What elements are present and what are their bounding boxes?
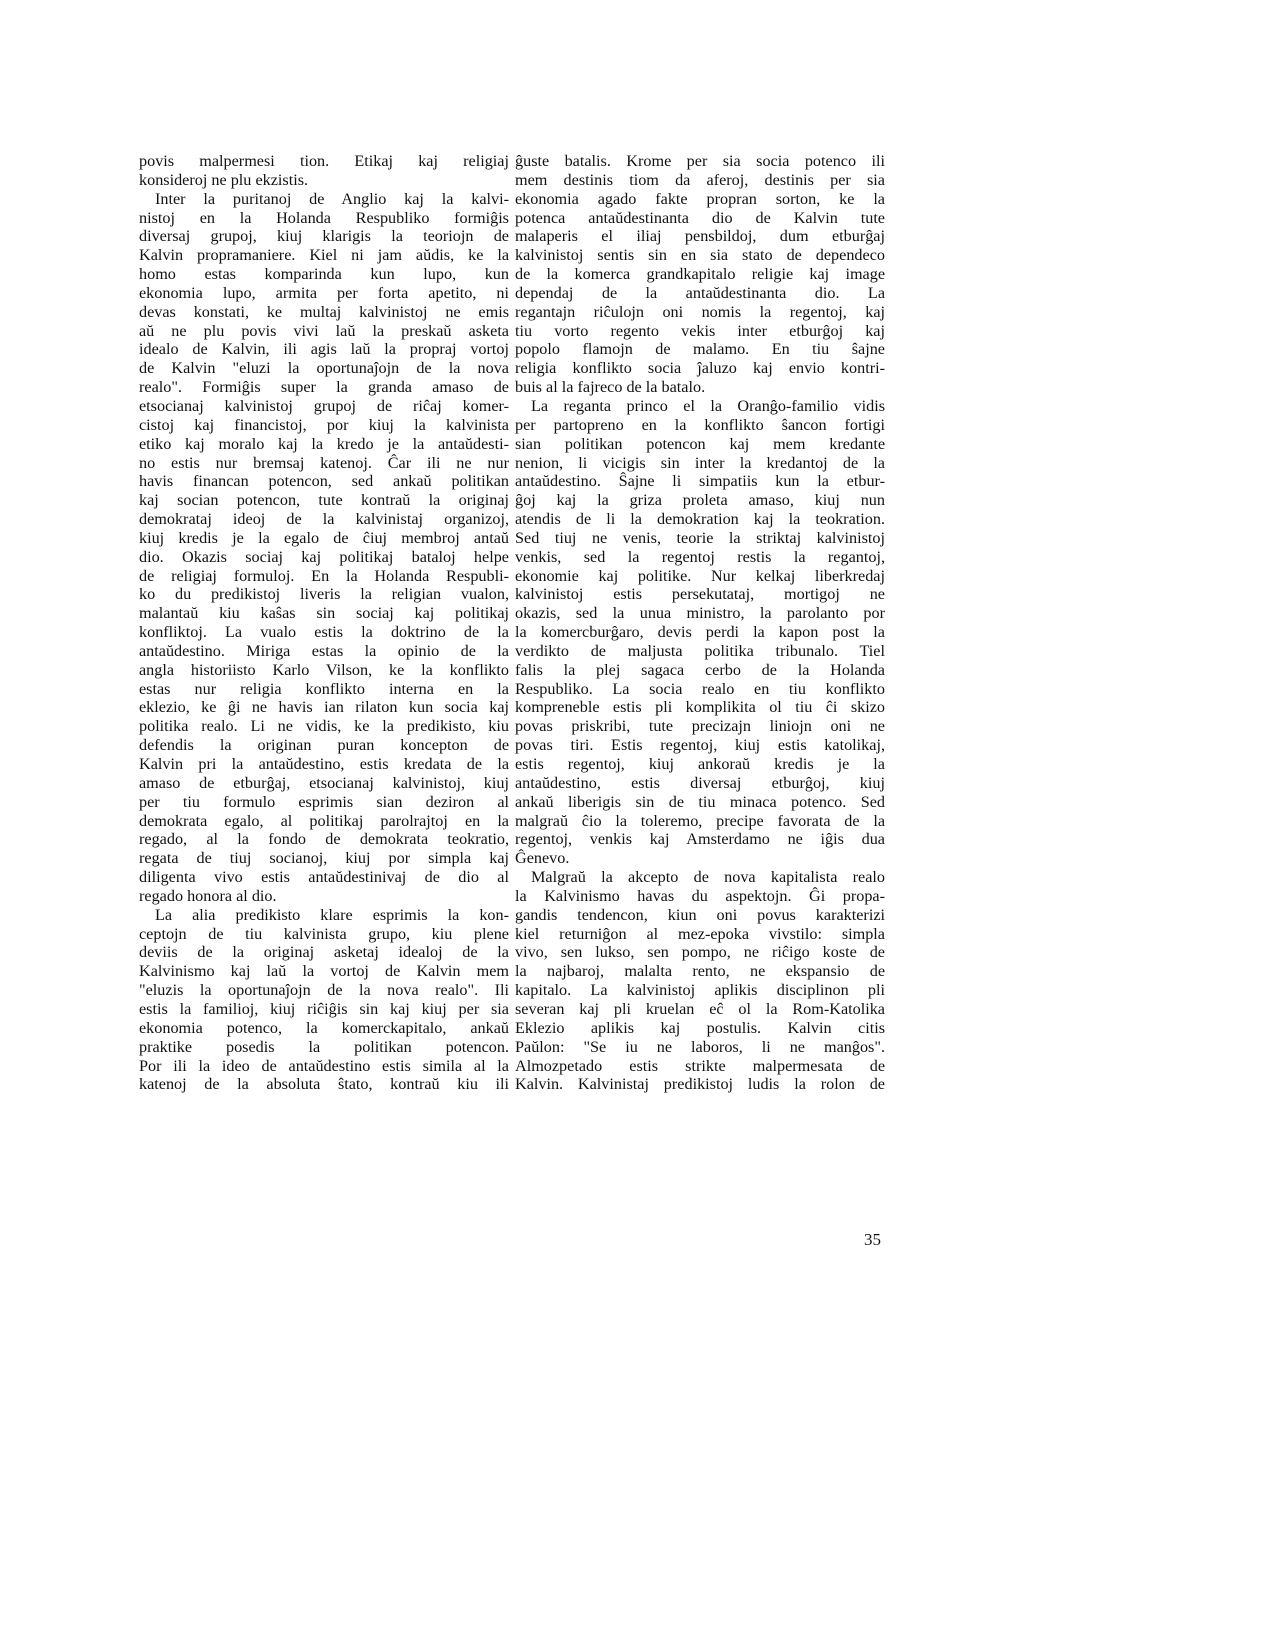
text-line: "eluzis la oportunaĵojn de la nova realo… xyxy=(139,981,509,1000)
text-line: La alia predikisto klare esprimis la kon… xyxy=(139,906,509,925)
text-line: realo". Formiĝis super la granda amaso d… xyxy=(139,378,509,397)
text-line: regentoj, venkis kaj Amsterdamo ne iĝis … xyxy=(515,830,885,849)
text-line: diligenta vivo estis antaŭdestinivaj de … xyxy=(139,868,509,887)
text-line: kalvinistoj estis persekutataj, mortigoj… xyxy=(515,585,885,604)
text-line: aŭ ne plu povis vivi laŭ la preskaŭ aske… xyxy=(139,322,509,341)
text-line: sian politikan potencon kaj mem kredante xyxy=(515,435,885,454)
text-line: deviis de la originaj asketaj idealoj de… xyxy=(139,943,509,962)
text-line: estis la familioj, kiuj riĉiĝis sin kaj … xyxy=(139,1000,509,1019)
text-line: ankaŭ liberigis sin de tiu minaca potenc… xyxy=(515,793,885,812)
text-line: Kalvin pri la antaŭdestino, estis kredat… xyxy=(139,755,509,774)
text-line: malaperis el iliaj pensbildoj, dum etbur… xyxy=(515,227,885,246)
text-line: konsideroj ne plu ekzistis. xyxy=(139,171,509,190)
text-line: potenca antaŭdestinanta dio de Kalvin tu… xyxy=(515,209,885,228)
text-line: kompreneble estis pli komplikita ol tiu … xyxy=(515,698,885,717)
text-line: tiu vorto regento vekis inter etburĝoj k… xyxy=(515,322,885,341)
text-line: Respubliko. La socia realo en tiu konfli… xyxy=(515,680,885,699)
text-line: malgraŭ ĉio la toleremo, precipe favorat… xyxy=(515,812,885,831)
text-line: La reganta princo el la Oranĝo-familio v… xyxy=(515,397,885,416)
text-line: kaj socian potencon, tute kontraŭ la ori… xyxy=(139,491,509,510)
text-line: Eklezio aplikis kaj postulis. Kalvin cit… xyxy=(515,1019,885,1038)
text-line: no estis nur bremsaj katenoj. Ĉar ili ne… xyxy=(139,454,509,473)
text-line: ko du predikistoj liveris la religian vu… xyxy=(139,585,509,604)
text-line: Almozpetado estis strikte malpermesata d… xyxy=(515,1057,885,1076)
text-line: antaŭdestino, estis diversaj etburĝoj, k… xyxy=(515,774,885,793)
text-line: verdikto de maljusta politika tribunalo.… xyxy=(515,642,885,661)
text-line: povis malpermesi tion. Etikaj kaj religi… xyxy=(139,152,509,171)
text-line: diversaj grupoj, kiuj klarigis la teorio… xyxy=(139,227,509,246)
text-line: dependaj de la antaŭdestinanta dio. La xyxy=(515,284,885,303)
text-line: malantaŭ kiu kaŝas sin sociaj kaj politi… xyxy=(139,604,509,623)
text-line: defendis la originan puran koncepton de xyxy=(139,736,509,755)
text-line: per partopreno en la konflikto ŝancon fo… xyxy=(515,416,885,435)
text-line: ekonomia potenco, la komerckapitalo, ank… xyxy=(139,1019,509,1038)
text-line: venkis, sed la regentoj restis la regant… xyxy=(515,548,885,567)
text-line: ĝoj kaj la griza proleta amaso, kiuj nun xyxy=(515,491,885,510)
text-line: Sed tiuj ne venis, teorie la striktaj ka… xyxy=(515,529,885,548)
text-column-left: povis malpermesi tion. Etikaj kaj religi… xyxy=(139,152,509,1094)
text-line: demokrata egalo, al politikaj parolrajto… xyxy=(139,812,509,831)
text-line: kalvinistoj sentis sin en sia stato de d… xyxy=(515,246,885,265)
document-page: povis malpermesi tion. Etikaj kaj religi… xyxy=(0,0,1275,1650)
text-line: kapitalo. La kalvinistoj aplikis discipl… xyxy=(515,981,885,1000)
text-line: per tiu formulo esprimis sian deziron al xyxy=(139,793,509,812)
text-line: buis al la fajreco de la batalo. xyxy=(515,378,885,397)
text-line: religia konflikto socia ĵaluzo kaj envio… xyxy=(515,359,885,378)
text-line: la Kalvinismo havas du aspektojn. Ĝi pro… xyxy=(515,887,885,906)
text-column-right: ĝuste batalis. Krome per sia socia poten… xyxy=(515,152,885,1094)
text-line: antaŭdestino. Ŝajne li simpatiis kun la … xyxy=(515,472,885,491)
text-line: angla historiisto Karlo Vilson, ke la ko… xyxy=(139,661,509,680)
text-line: regado honora al dio. xyxy=(139,887,509,906)
text-line: Inter la puritanoj de Anglio kaj la kalv… xyxy=(139,190,509,209)
text-line: Kalvin. Kalvinistaj predikistoj ludis la… xyxy=(515,1075,885,1094)
text-line: havis financan potencon, sed ankaŭ polit… xyxy=(139,472,509,491)
text-line: vivo, sen lukso, sen pompo, ne riĉigo ko… xyxy=(515,943,885,962)
text-line: regado, al la fondo de demokrata teokrat… xyxy=(139,830,509,849)
text-line: Malgraŭ la akcepto de nova kapitalista r… xyxy=(515,868,885,887)
text-line: Por ili la ideo de antaŭdestino estis si… xyxy=(139,1057,509,1076)
text-line: Ĝenevo. xyxy=(515,849,885,868)
text-line: ekonomia agado fakte propran sorton, ke … xyxy=(515,190,885,209)
text-line: kiel returniĝon al mez-epoka vivstilo: s… xyxy=(515,925,885,944)
text-line: konfliktoj. La vualo estis la doktrino d… xyxy=(139,623,509,642)
text-line: severan kaj pli kruelan eĉ ol la Rom-Kat… xyxy=(515,1000,885,1019)
text-line: regantajn riĉulojn oni nomis la regentoj… xyxy=(515,303,885,322)
text-line: katenoj de la absoluta ŝtato, kontraŭ ki… xyxy=(139,1075,509,1094)
text-line: ekonomie kaj politike. Nur kelkaj liberk… xyxy=(515,567,885,586)
text-line: nistoj en la Holanda Respubliko formiĝis xyxy=(139,209,509,228)
text-line: idealo de Kalvin, ili agis laŭ la propra… xyxy=(139,340,509,359)
text-line: cistoj kaj financistoj, por kiuj la kalv… xyxy=(139,416,509,435)
text-line: dio. Okazis sociaj kaj politikaj bataloj… xyxy=(139,548,509,567)
text-line: la najbaroj, malalta rento, ne ekspansio… xyxy=(515,962,885,981)
text-line: amaso de etburĝaj, etsocianaj kalvinisto… xyxy=(139,774,509,793)
page-number: 35 xyxy=(864,1230,881,1250)
text-line: de Kalvin "eluzi la oportunaĵojn de la n… xyxy=(139,359,509,378)
text-line: nenion, li vicigis sin inter la kredanto… xyxy=(515,454,885,473)
text-line: povas priskribi, tute precizajn liniojn … xyxy=(515,717,885,736)
text-line: atendis de li la demokration kaj la teok… xyxy=(515,510,885,529)
text-line: okazis, sed la unua ministro, la parolan… xyxy=(515,604,885,623)
text-line: regata de tiuj socianoj, kiuj por simpla… xyxy=(139,849,509,868)
text-line: demokrataj ideoj de la kalvinistaj organ… xyxy=(139,510,509,529)
text-line: kiuj kredis je la egalo de ĉiuj membroj … xyxy=(139,529,509,548)
text-line: ceptojn de tiu kalvinista grupo, kiu ple… xyxy=(139,925,509,944)
text-line: ĝuste batalis. Krome per sia socia poten… xyxy=(515,152,885,171)
text-line: Kalvinismo kaj laŭ la vortoj de Kalvin m… xyxy=(139,962,509,981)
text-line: estis regentoj, kiuj ankoraŭ kredis je l… xyxy=(515,755,885,774)
text-line: homo estas komparinda kun lupo, kun xyxy=(139,265,509,284)
text-line: estas nur religia konflikto interna en l… xyxy=(139,680,509,699)
text-line: falis la plej sagaca cerbo de la Holanda xyxy=(515,661,885,680)
text-line: de la komerca grandkapitalo religie kaj … xyxy=(515,265,885,284)
text-line: etsocianaj kalvinistoj grupoj de riĉaj k… xyxy=(139,397,509,416)
text-line: eklezio, ke ĝi ne havis ian rilaton kun … xyxy=(139,698,509,717)
text-line: etiko kaj moralo kaj la kredo je la anta… xyxy=(139,435,509,454)
text-line: antaŭdestino. Miriga estas la opinio de … xyxy=(139,642,509,661)
text-line: popolo flamojn de malamo. En tiu ŝajne xyxy=(515,340,885,359)
text-line: ekonomia lupo, armita per forta apetito,… xyxy=(139,284,509,303)
text-line: povas tiri. Estis regentoj, kiuj estis k… xyxy=(515,736,885,755)
text-line: politika realo. Li ne vidis, ke la predi… xyxy=(139,717,509,736)
text-line: Kalvin propramaniere. Kiel ni jam aŭdis,… xyxy=(139,246,509,265)
text-line: devas konstati, ke multaj kalvinistoj ne… xyxy=(139,303,509,322)
text-line: mem destinis tiom da aferoj, destinis pe… xyxy=(515,171,885,190)
text-line: de religiaj formuloj. En la Holanda Resp… xyxy=(139,567,509,586)
text-line: gandis tendencon, kiun oni povus karakte… xyxy=(515,906,885,925)
text-line: praktike posedis la politikan potencon. xyxy=(139,1038,509,1057)
text-line: la komercburĝaro, devis perdi la kapon p… xyxy=(515,623,885,642)
text-line: Paŭlon: "Se iu ne laboros, li ne manĝos"… xyxy=(515,1038,885,1057)
